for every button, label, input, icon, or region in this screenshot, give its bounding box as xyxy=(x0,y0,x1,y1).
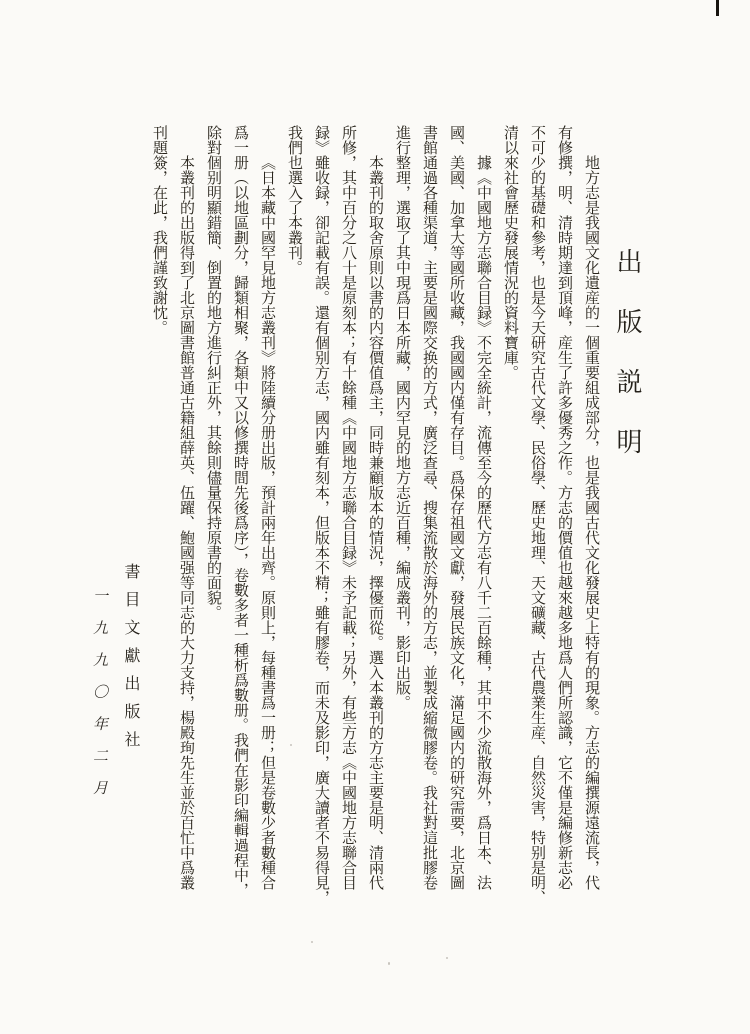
text-column-4: 清以來社會歷史發展情況的資料寶庫。 xyxy=(502,125,519,939)
text-column-12: 我們也選入了本叢刊。 xyxy=(286,125,303,939)
text-column-15: 除對個别明顯錯簡、倒置的地方進行糾正外，其餘則儘量保持原書的面貌。 xyxy=(205,125,222,939)
text-column-3: 不可少的基礎和參考，也是今天研究古代文學、民俗學、歷史地理、天文礦藏、古代農業生… xyxy=(529,125,546,939)
text-column-5: 據《中國地方志聯合目録》不完全統計，流傳至今的歷代方志有八千二百餘種，其中不少流… xyxy=(475,125,492,939)
scan-speck xyxy=(388,962,390,965)
page-title: 出版説明 xyxy=(611,248,643,488)
scan-speck xyxy=(311,941,313,943)
scan-speck xyxy=(446,957,448,959)
text-column-2: 有修撰，明、清時期達到頂峰，産生了許多優秀之作。方志的價值也越來越多地爲人們所認… xyxy=(556,125,573,939)
text-column-9: 本叢刊的取舍原則以書的内容價值爲主，同時兼顧版本的情況，擇優而從。選入本叢刊的方… xyxy=(367,125,384,939)
page-edge-mark xyxy=(716,0,719,16)
publisher-imprint: 書目文獻出版社 xyxy=(121,563,141,783)
text-column-8: 進行整理，選取了其中現爲日本所藏，國内罕見的地方志近百種，編成叢刊，影印出版。 xyxy=(394,125,411,939)
text-column-1: 地方志是我國文化遺産的一個重要組成部分，也是我國古代文化發展史上特有的現象。方志… xyxy=(583,125,600,939)
text-column-14: 爲一册（以地區劃分，歸類相聚，各類中又以修撰時間先後爲序），卷數多者一種析爲數册… xyxy=(232,125,249,939)
text-column-17: 刊題簽，在此，我們謹致謝忱。 xyxy=(151,125,168,939)
scan-speck xyxy=(290,744,292,746)
text-column-16: 本叢刊的出版得到了北京圖書館普通古籍組薛英、伍躍、鮑國强等同志的大力支持，楊殿珣… xyxy=(178,125,195,939)
text-column-10: 所修，其中百分之八十是原刻本；有十餘種《中國地方志聯合目録》未予記載；另外，有些… xyxy=(340,125,357,939)
text-column-7: 書館通過各種渠道，主要是國際交换的方式，廣泛查尋、搜集流散於海外的方志，並製成縮… xyxy=(421,125,438,939)
text-column-6: 國、美國、加拿大等國所收藏，我國國内僅有存目。爲保存祖國文獻，發展民族文化，滿足… xyxy=(448,125,465,939)
text-column-13: 《日本藏中國罕見地方志叢刊》將陸續分册出版，預計兩年出齊。原則上，每種書爲一册；… xyxy=(259,125,276,939)
text-column-11: 録》雖收録，卻記載有誤。還有個别方志，國内雖有刻本，但版本不精；雖有膠卷，而未及… xyxy=(313,125,330,939)
publication-date: 一九九〇年二月 xyxy=(91,588,109,828)
body-text-block: 地方志是我國文化遺産的一個重要組成部分，也是我國古代文化發展史上特有的現象。方志… xyxy=(141,125,600,939)
scanned-page: 出版説明 地方志是我國文化遺産的一個重要組成部分，也是我國古代文化發展史上特有的… xyxy=(0,0,750,1034)
